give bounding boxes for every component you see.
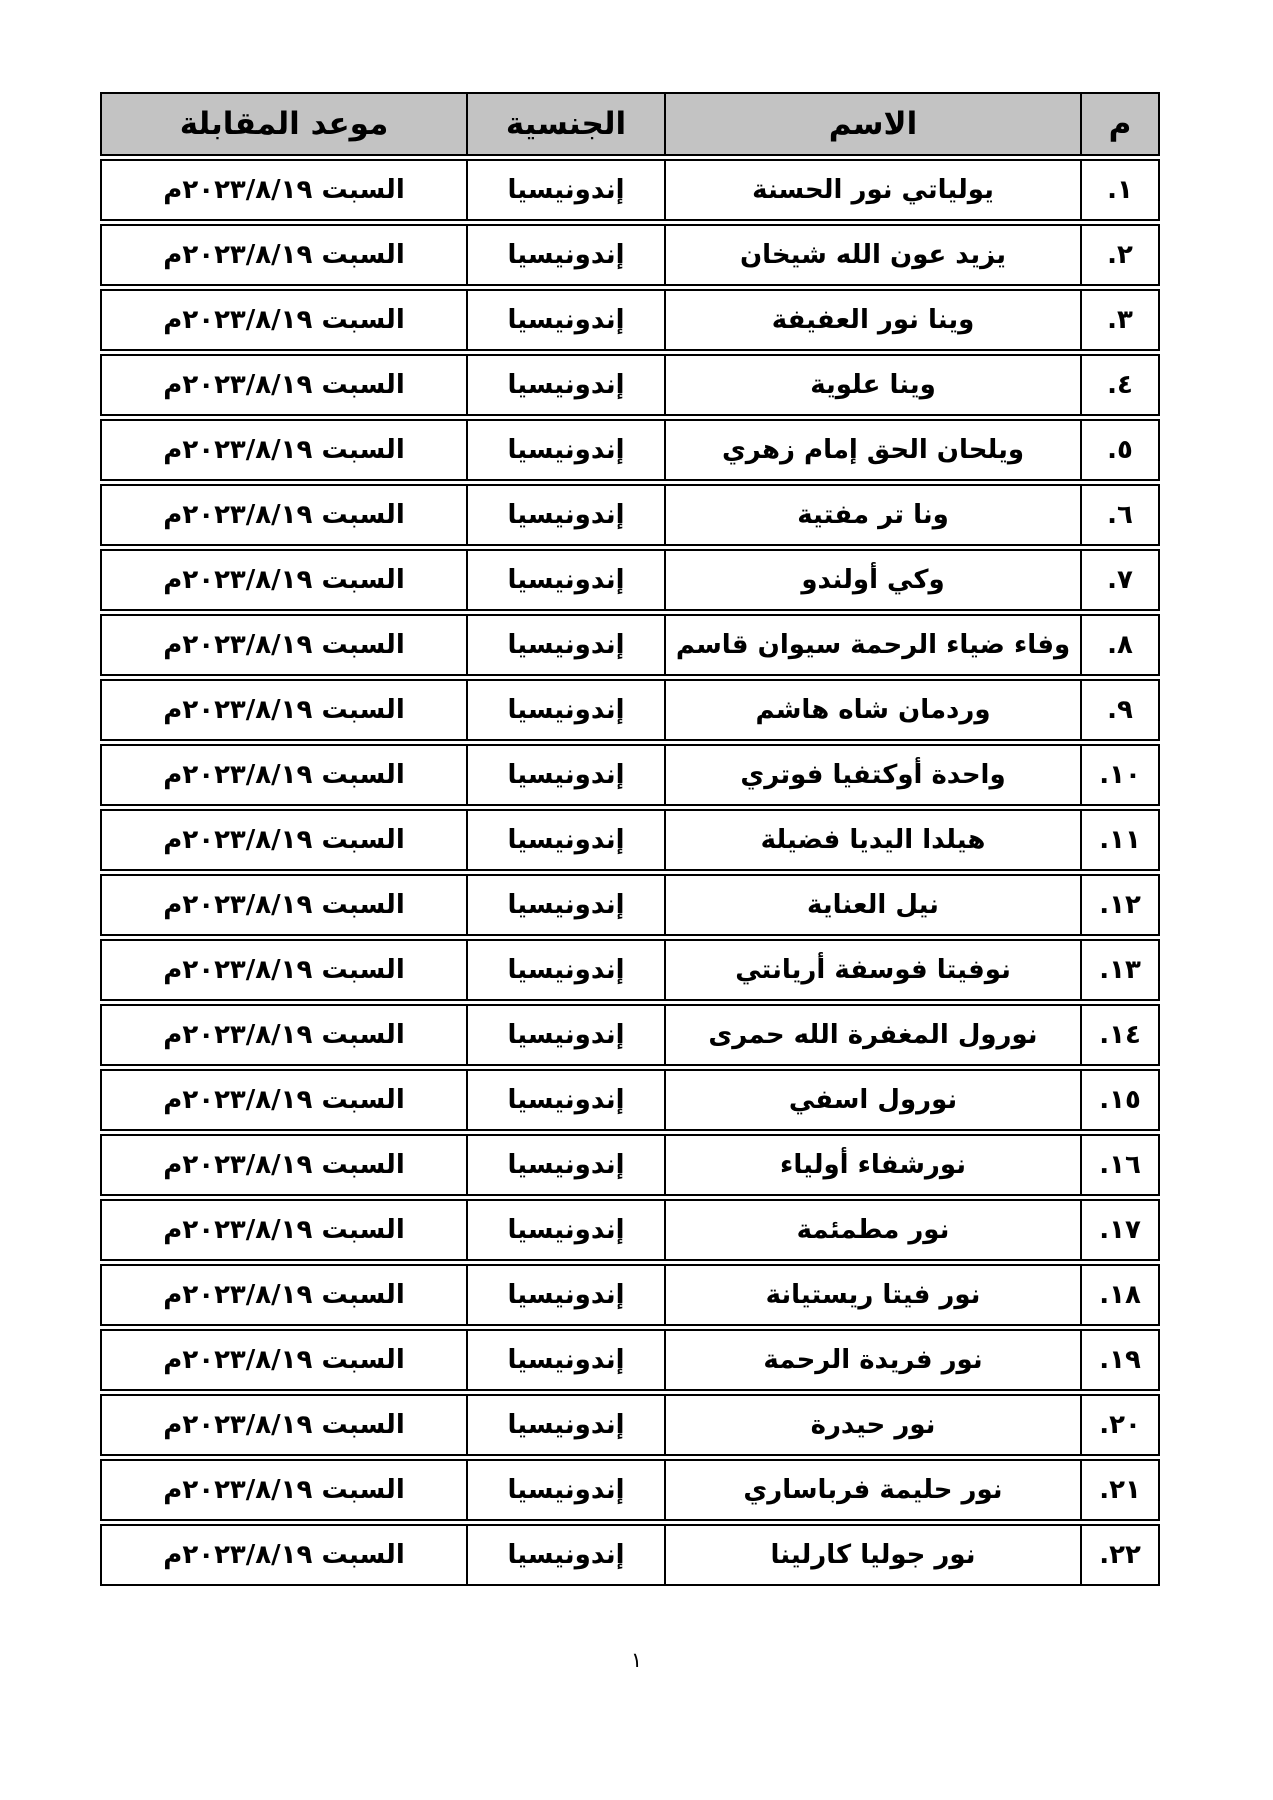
row-appointment: السبت ٢٠٢٣/٨/١٩م — [102, 291, 466, 349]
row-number: ٥. — [1080, 421, 1158, 479]
table-row: ٢١. نور حليمة فرباساري إندونيسيا السبت ٢… — [100, 1459, 1160, 1521]
row-number: ١٤. — [1080, 1006, 1158, 1064]
row-nationality: إندونيسيا — [466, 161, 664, 219]
row-name: نيل العناية — [664, 876, 1080, 934]
row-name: نور حليمة فرباساري — [664, 1461, 1080, 1519]
table-row: ١٩. نور فريدة الرحمة إندونيسيا السبت ٢٠٢… — [100, 1329, 1160, 1391]
table-row: ١٠. واحدة أوكتفيا فوتري إندونيسيا السبت … — [100, 744, 1160, 806]
table-row: ١٣. نوفيتا فوسفة أريانتي إندونيسيا السبت… — [100, 939, 1160, 1001]
row-nationality: إندونيسيا — [466, 811, 664, 869]
row-name: نوفيتا فوسفة أريانتي — [664, 941, 1080, 999]
row-number: ٧. — [1080, 551, 1158, 609]
header-name: الاسم — [664, 94, 1080, 154]
row-nationality: إندونيسيا — [466, 941, 664, 999]
row-appointment: السبت ٢٠٢٣/٨/١٩م — [102, 876, 466, 934]
row-nationality: إندونيسيا — [466, 1461, 664, 1519]
row-number: ١٩. — [1080, 1331, 1158, 1389]
row-number: ١٣. — [1080, 941, 1158, 999]
header-appointment: موعد المقابلة — [102, 94, 466, 154]
row-number: ١٨. — [1080, 1266, 1158, 1324]
row-nationality: إندونيسيا — [466, 1331, 664, 1389]
row-appointment: السبت ٢٠٢٣/٨/١٩م — [102, 356, 466, 414]
table-row: ٨. وفاء ضياء الرحمة سيوان قاسم إندونيسيا… — [100, 614, 1160, 676]
row-appointment: السبت ٢٠٢٣/٨/١٩م — [102, 1136, 466, 1194]
row-appointment: السبت ٢٠٢٣/٨/١٩م — [102, 1006, 466, 1064]
row-number: ٦. — [1080, 486, 1158, 544]
row-appointment: السبت ٢٠٢٣/٨/١٩م — [102, 746, 466, 804]
row-nationality: إندونيسيا — [466, 356, 664, 414]
row-name: ونا تر مفتية — [664, 486, 1080, 544]
row-number: ٢١. — [1080, 1461, 1158, 1519]
row-appointment: السبت ٢٠٢٣/٨/١٩م — [102, 941, 466, 999]
table-row: ١. يولياتي نور الحسنة إندونيسيا السبت ٢٠… — [100, 159, 1160, 221]
row-name: نور حيدرة — [664, 1396, 1080, 1454]
row-number: ١١. — [1080, 811, 1158, 869]
row-nationality: إندونيسيا — [466, 746, 664, 804]
table-body: ١. يولياتي نور الحسنة إندونيسيا السبت ٢٠… — [100, 159, 1160, 1586]
page-number: ١ — [0, 1648, 1273, 1672]
table-row: ٣. وينا نور العفيفة إندونيسيا السبت ٢٠٢٣… — [100, 289, 1160, 351]
row-name: هيلدا اليديا فضيلة — [664, 811, 1080, 869]
table-row: ٩. وردمان شاه هاشم إندونيسيا السبت ٢٠٢٣/… — [100, 679, 1160, 741]
table-row: ١١. هيلدا اليديا فضيلة إندونيسيا السبت ٢… — [100, 809, 1160, 871]
applicants-table: م الاسم الجنسية موعد المقابلة ١. يولياتي… — [100, 92, 1160, 1586]
table-row: ١٦. نورشفاء أولياء إندونيسيا السبت ٢٠٢٣/… — [100, 1134, 1160, 1196]
row-appointment: السبت ٢٠٢٣/٨/١٩م — [102, 1331, 466, 1389]
row-name: نور جوليا كارلينا — [664, 1526, 1080, 1584]
table-row: ١٤. نورول المغفرة الله حمرى إندونيسيا ال… — [100, 1004, 1160, 1066]
row-appointment: السبت ٢٠٢٣/٨/١٩م — [102, 421, 466, 479]
row-nationality: إندونيسيا — [466, 226, 664, 284]
header-number: م — [1080, 94, 1158, 154]
row-nationality: إندونيسيا — [466, 421, 664, 479]
row-nationality: إندونيسيا — [466, 1266, 664, 1324]
row-name: وكي أولندو — [664, 551, 1080, 609]
row-nationality: إندونيسيا — [466, 681, 664, 739]
row-appointment: السبت ٢٠٢٣/٨/١٩م — [102, 161, 466, 219]
row-nationality: إندونيسيا — [466, 551, 664, 609]
row-appointment: السبت ٢٠٢٣/٨/١٩م — [102, 1526, 466, 1584]
row-number: ٨. — [1080, 616, 1158, 674]
row-name: وردمان شاه هاشم — [664, 681, 1080, 739]
row-number: ٩. — [1080, 681, 1158, 739]
header-nationality: الجنسية — [466, 94, 664, 154]
row-number: ٢٢. — [1080, 1526, 1158, 1584]
row-appointment: السبت ٢٠٢٣/٨/١٩م — [102, 1266, 466, 1324]
table-row: ٤. وينا علوية إندونيسيا السبت ٢٠٢٣/٨/١٩م — [100, 354, 1160, 416]
row-nationality: إندونيسيا — [466, 1201, 664, 1259]
table-row: ١٢. نيل العناية إندونيسيا السبت ٢٠٢٣/٨/١… — [100, 874, 1160, 936]
row-nationality: إندونيسيا — [466, 616, 664, 674]
row-appointment: السبت ٢٠٢٣/٨/١٩م — [102, 1071, 466, 1129]
row-name: ويلحان الحق إمام زهري — [664, 421, 1080, 479]
row-number: ١٦. — [1080, 1136, 1158, 1194]
row-name: نور فيتا ريستيانة — [664, 1266, 1080, 1324]
row-appointment: السبت ٢٠٢٣/٨/١٩م — [102, 616, 466, 674]
table-row: ٢٠. نور حيدرة إندونيسيا السبت ٢٠٢٣/٨/١٩م — [100, 1394, 1160, 1456]
row-number: ١٢. — [1080, 876, 1158, 934]
row-appointment: السبت ٢٠٢٣/٨/١٩م — [102, 1461, 466, 1519]
row-nationality: إندونيسيا — [466, 1071, 664, 1129]
table-row: ٧. وكي أولندو إندونيسيا السبت ٢٠٢٣/٨/١٩م — [100, 549, 1160, 611]
table-row: ٢٢. نور جوليا كارلينا إندونيسيا السبت ٢٠… — [100, 1524, 1160, 1586]
row-name: نورول المغفرة الله حمرى — [664, 1006, 1080, 1064]
document-page: م الاسم الجنسية موعد المقابلة ١. يولياتي… — [0, 0, 1273, 1800]
row-number: ١٧. — [1080, 1201, 1158, 1259]
row-name: نورول اسفي — [664, 1071, 1080, 1129]
row-number: ٢. — [1080, 226, 1158, 284]
table-row: ١٨. نور فيتا ريستيانة إندونيسيا السبت ٢٠… — [100, 1264, 1160, 1326]
row-name: وفاء ضياء الرحمة سيوان قاسم — [664, 616, 1080, 674]
row-nationality: إندونيسيا — [466, 1526, 664, 1584]
row-number: ٢٠. — [1080, 1396, 1158, 1454]
row-number: ١. — [1080, 161, 1158, 219]
table-row: ٢. يزيد عون الله شيخان إندونيسيا السبت ٢… — [100, 224, 1160, 286]
table-row: ١٧. نور مطمئمة إندونيسيا السبت ٢٠٢٣/٨/١٩… — [100, 1199, 1160, 1261]
row-name: نور فريدة الرحمة — [664, 1331, 1080, 1389]
row-number: ٣. — [1080, 291, 1158, 349]
row-number: ٤. — [1080, 356, 1158, 414]
row-name: وينا نور العفيفة — [664, 291, 1080, 349]
row-appointment: السبت ٢٠٢٣/٨/١٩م — [102, 811, 466, 869]
table-row: ٦. ونا تر مفتية إندونيسيا السبت ٢٠٢٣/٨/١… — [100, 484, 1160, 546]
row-number: ١٥. — [1080, 1071, 1158, 1129]
row-appointment: السبت ٢٠٢٣/٨/١٩م — [102, 1396, 466, 1454]
row-name: يزيد عون الله شيخان — [664, 226, 1080, 284]
row-appointment: السبت ٢٠٢٣/٨/١٩م — [102, 226, 466, 284]
table-row: ٥. ويلحان الحق إمام زهري إندونيسيا السبت… — [100, 419, 1160, 481]
row-name: وينا علوية — [664, 356, 1080, 414]
row-nationality: إندونيسيا — [466, 1396, 664, 1454]
table-header-row: م الاسم الجنسية موعد المقابلة — [100, 92, 1160, 156]
row-name: واحدة أوكتفيا فوتري — [664, 746, 1080, 804]
row-nationality: إندونيسيا — [466, 876, 664, 934]
row-appointment: السبت ٢٠٢٣/٨/١٩م — [102, 551, 466, 609]
row-name: نور مطمئمة — [664, 1201, 1080, 1259]
table-row: ١٥. نورول اسفي إندونيسيا السبت ٢٠٢٣/٨/١٩… — [100, 1069, 1160, 1131]
row-name: يولياتي نور الحسنة — [664, 161, 1080, 219]
row-nationality: إندونيسيا — [466, 1136, 664, 1194]
row-appointment: السبت ٢٠٢٣/٨/١٩م — [102, 681, 466, 739]
row-nationality: إندونيسيا — [466, 1006, 664, 1064]
row-appointment: السبت ٢٠٢٣/٨/١٩م — [102, 1201, 466, 1259]
row-number: ١٠. — [1080, 746, 1158, 804]
row-name: نورشفاء أولياء — [664, 1136, 1080, 1194]
row-nationality: إندونيسيا — [466, 291, 664, 349]
row-appointment: السبت ٢٠٢٣/٨/١٩م — [102, 486, 466, 544]
row-nationality: إندونيسيا — [466, 486, 664, 544]
